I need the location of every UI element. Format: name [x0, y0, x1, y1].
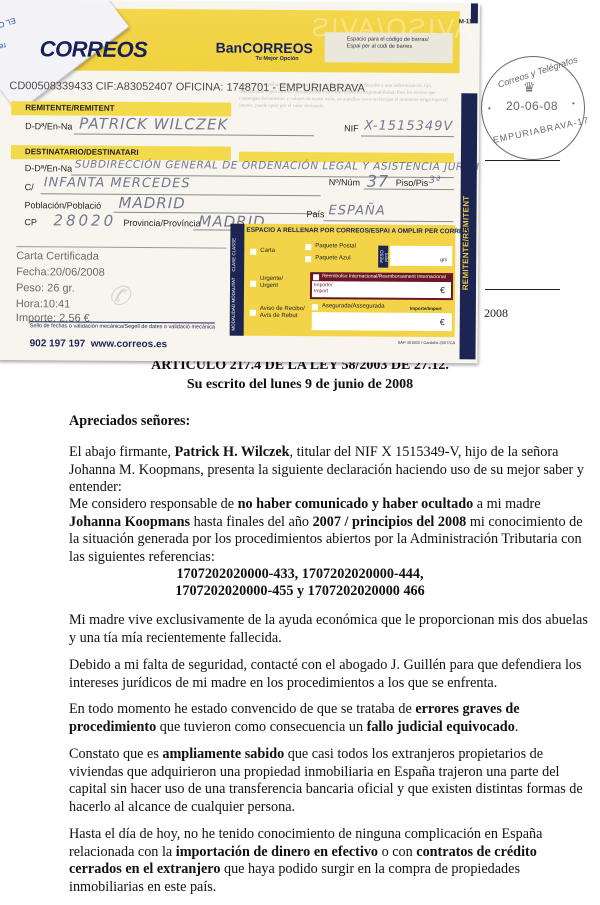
- phone-number: 902 197 197: [30, 338, 86, 349]
- paquete-azul-label: Paquete Azul: [315, 255, 350, 262]
- paquete-azul-checkbox[interactable]: [305, 256, 311, 262]
- paragraph-errors: En todo momento he estado convencido de …: [69, 701, 589, 736]
- reembolso-checkbox[interactable]: [313, 274, 319, 280]
- recipient-floor-label: Piso/Pis: [396, 178, 429, 188]
- urgente-label: Urgente/Urgent: [260, 276, 283, 290]
- flap-text: EL CONTACTO: [0, 16, 17, 41]
- recipient-town-label: Población/Població: [25, 200, 102, 211]
- letter-subtitle: Su escrito del lunes 9 de junio de 2008: [0, 377, 600, 393]
- sender-name-label: D-Dª/En-Na: [25, 121, 72, 131]
- certificate-number-line: CD00508339433 CIF:A83052407 OFICINA: 174…: [9, 80, 365, 94]
- barcode-area: Espacio para el código de barras/ Espai …: [325, 32, 453, 63]
- recipient-country-label: País: [306, 209, 324, 219]
- sender-nif-value: X-1515349V: [364, 119, 453, 135]
- references-line-2: 1707202020000-455 y 1707202020000 466: [0, 583, 600, 601]
- references-line-1: 1707202020000-433, 1707202020000-444,: [0, 566, 600, 584]
- importe-label: Importe/Import: [314, 282, 332, 294]
- insured-amount-input[interactable]: [312, 312, 452, 331]
- divider: [485, 160, 560, 161]
- recipient-province-label: Provincia/Província: [123, 218, 200, 229]
- euro-icon: €: [440, 317, 445, 327]
- recipient-cp-label: CP: [24, 217, 37, 227]
- recipient-street-value: INFANTA MERCEDES: [44, 175, 191, 191]
- recipient-section-label: DESTINATARIO/DESTINATARI: [25, 147, 139, 157]
- side-band-label: REMITENTE/REMITENT: [461, 183, 476, 303]
- website: www.correos.es: [91, 339, 167, 351]
- urgente-checkbox[interactable]: [250, 281, 256, 287]
- paquete-postal-label: Paquete Postal: [315, 243, 356, 250]
- receipt-date: Fecha:20/06/2008: [16, 266, 105, 279]
- recipient-floor-value: 3ª: [429, 175, 441, 186]
- dot-icon: •: [572, 99, 575, 108]
- divider: [16, 246, 226, 248]
- recipient-name-value: SUBDIRECCIÓN GENERAL DE ORDENACIÓN LEGAL…: [75, 159, 480, 174]
- field-line: [361, 136, 454, 138]
- peso-label: PESO PES: [379, 247, 389, 267]
- recipient-cp-value: 28020: [53, 211, 116, 229]
- paragraph-mother: Mi madre vive exclusivamente de la ayuda…: [69, 612, 589, 647]
- postmark-date: 20-06-08: [506, 99, 558, 113]
- recipient-name-label: D-Dª/En-Na: [25, 163, 72, 173]
- flap-text: reservacio: [0, 41, 7, 58]
- salutation: Apreciados señores:: [69, 413, 589, 431]
- sender-name-value: PATRICK WILCZEK: [79, 115, 228, 134]
- divider: [485, 289, 560, 290]
- bancorreos-logo: BanCORREOS: [216, 40, 313, 57]
- grs-label: grs: [440, 257, 447, 264]
- form-code: M-11: [459, 19, 472, 25]
- bancorreos-tagline: Tu Mejor Opción: [256, 56, 299, 62]
- recipient-number-label: Nº/Núm: [329, 177, 360, 187]
- paragraph-no-knowledge: Hasta el día de hoy, no he tenido conoci…: [69, 826, 589, 896]
- paragraph-lawyer: Debido a mi falta de seguridad, contacté…: [69, 657, 589, 692]
- date-fragment: 2008: [484, 306, 508, 321]
- dot-icon: •: [488, 104, 491, 113]
- field-line: [323, 220, 453, 222]
- reembolso-amount-input[interactable]: [312, 281, 451, 298]
- sender-section-label: REMITENTE/REMITENT: [25, 103, 114, 113]
- aviso-label: Aviso de Recibo/Avís de Rebut: [260, 306, 305, 320]
- fill-box-header: ESPACIO A RELLENAR POR CORREOS/ESPAI A O…: [246, 227, 472, 236]
- postmark-stamp: Correos y Telégrafos ♛ • 20-06-08 • EMPU…: [481, 56, 585, 160]
- aviso-checkbox[interactable]: [250, 310, 256, 316]
- paquete-postal-checkbox[interactable]: [305, 244, 311, 250]
- postmark-bottom-text: EMPURIABRAVA-17: [492, 115, 590, 145]
- receipt-time: Hora:10:41: [16, 298, 71, 310]
- field-line: [74, 134, 314, 137]
- recipient-street-label: C/: [25, 182, 34, 192]
- euro-icon: €: [440, 285, 445, 295]
- correos-logo: CORREOS: [40, 36, 148, 63]
- sender-nif-label: NIF: [344, 123, 359, 133]
- receipt-weight: Peso: 26 gr.: [16, 282, 75, 294]
- paragraph-responsibility: Me considero responsable de no haber com…: [69, 496, 589, 566]
- class-label: CLASE CLASSE: [231, 238, 236, 272]
- carta-checkbox[interactable]: [250, 249, 256, 255]
- crown-icon: ♛: [523, 79, 536, 96]
- postal-receipt: AVISO/AVIS M-11 EL CONTACTO reservacio C…: [0, 0, 480, 363]
- contact-line: 902 197 197 www.correos.es: [30, 338, 168, 350]
- asegurada-label: Asegurada/Assegurada: [322, 303, 385, 310]
- carta-label: Carta: [260, 248, 275, 255]
- postmark-top-text: Correos y Telégrafos: [496, 54, 578, 89]
- paragraph-declarant: El abajo firmante, Patrick H. Wilczek, t…: [69, 444, 589, 497]
- post-office-fill-box: CLASE CLASSE MODALIDAD MODALITAT ESPACIO…: [230, 224, 456, 338]
- mode-label: MODALIDAD MODALITAT: [231, 274, 236, 334]
- importe-import-label: Importe/Import: [410, 305, 442, 312]
- barcode-label: Espai per al codi de barres: [347, 43, 453, 51]
- reembolso-label: Reembolso Internacional/Reemborsament In…: [322, 273, 446, 280]
- asegurada-checkbox[interactable]: [312, 304, 318, 310]
- recipient-town-value: MADRID: [119, 194, 186, 212]
- stamp-note: Sello de fechas o validación mecánica/Se…: [30, 323, 215, 330]
- correos-watermark: ✆: [108, 281, 130, 312]
- receipt-type: Carta Certificada: [16, 250, 99, 263]
- recipient-country-value: ESPAÑA: [328, 203, 385, 218]
- sap-code: SAP 401842 / Cardolio-2007/CA: [398, 340, 456, 345]
- paragraph-common-knowledge: Constato que es ampliamente sabido que c…: [69, 746, 589, 816]
